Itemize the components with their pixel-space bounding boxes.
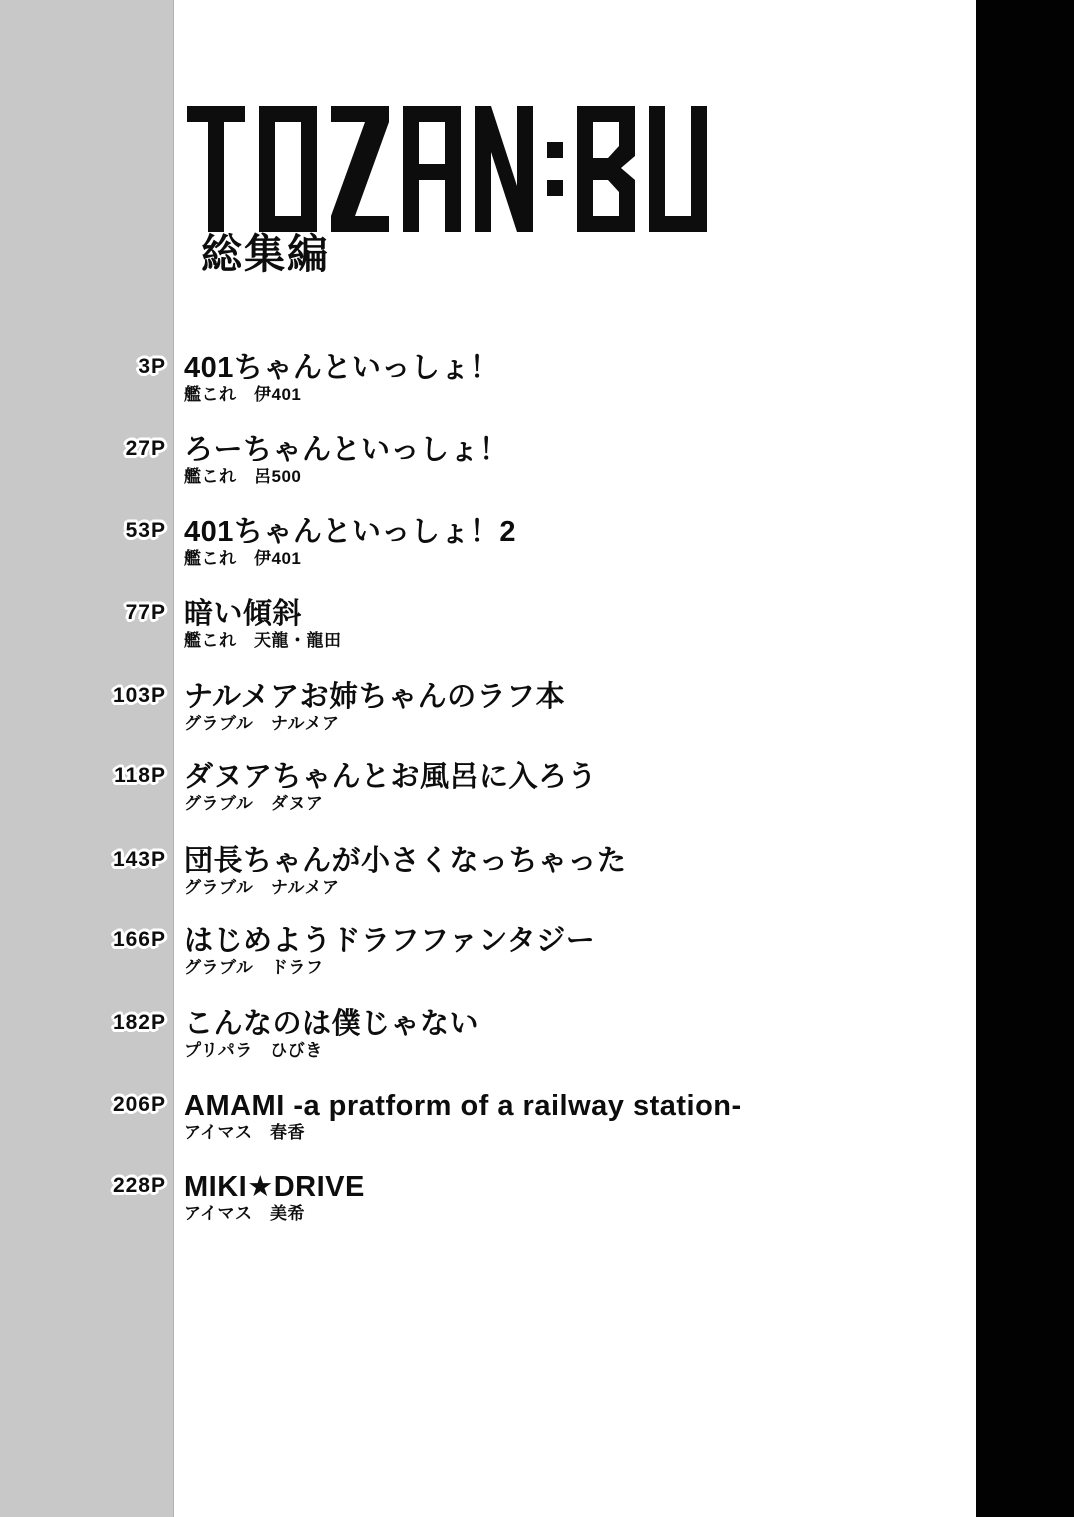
toc-entry: 166P はじめようドラフファンタジー グラブル ドラフ (0, 925, 1000, 978)
toc-page-number: 3P (0, 352, 174, 382)
toc-entry-text: 暗い傾斜 艦これ 天龍・龍田 (174, 598, 342, 651)
toc-entry: 182P こんなのは僕じゃない プリパラ ひびき (0, 1008, 1000, 1061)
toc-title: 401ちゃんといっしょ！2 (184, 516, 516, 548)
toc-entry: 77P 暗い傾斜 艦これ 天龍・龍田 (0, 598, 1000, 651)
toc-entry: 206P AMAMI -a pratform of a railway stat… (0, 1090, 1000, 1143)
toc-source: グラブル ドラフ (184, 958, 595, 978)
toc-source: 艦これ 伊401 (184, 549, 516, 569)
toc-entry: 118P ダヌアちゃんとお風呂に入ろう グラブル ダヌア (0, 761, 1000, 814)
toc-page-number: 182P (0, 1008, 174, 1038)
toc-source: アイマス 春香 (184, 1123, 742, 1143)
toc-source: 艦これ 天龍・龍田 (184, 631, 342, 651)
toc-title: 団長ちゃんが小さくなっちゃった (184, 845, 627, 877)
toc-title: AMAMI -a pratform of a railway station- (184, 1090, 742, 1122)
toc-entry-text: ダヌアちゃんとお風呂に入ろう グラブル ダヌア (174, 761, 597, 814)
toc-source: グラブル ナルメア (184, 878, 627, 898)
toc-source: プリパラ ひびき (184, 1041, 479, 1061)
toc-page-number: 77P (0, 598, 174, 628)
toc-source: 艦これ 呂500 (184, 467, 509, 487)
toc-entry-text: こんなのは僕じゃない プリパラ ひびき (174, 1008, 479, 1061)
toc-entry-text: ナルメアお姉ちゃんのラフ本 グラブル ナルメア (174, 681, 565, 734)
toc-title: MIKI★DRIVE (184, 1171, 365, 1203)
table-of-contents: 3P 401ちゃんといっしょ！ 艦これ 伊401 27P ろーちゃんといっしょ！… (0, 0, 1074, 1517)
toc-page-number: 143P (0, 845, 174, 875)
toc-title: ろーちゃんといっしょ！ (184, 434, 509, 466)
toc-title: こんなのは僕じゃない (184, 1008, 479, 1040)
toc-page-number: 166P (0, 925, 174, 955)
toc-page-number: 206P (0, 1090, 174, 1120)
toc-source: グラブル ナルメア (184, 714, 565, 734)
toc-title: はじめようドラフファンタジー (184, 925, 595, 957)
toc-entry: 53P 401ちゃんといっしょ！2 艦これ 伊401 (0, 516, 1000, 569)
toc-source: グラブル ダヌア (184, 794, 597, 814)
toc-entry-text: ろーちゃんといっしょ！ 艦これ 呂500 (174, 434, 509, 487)
toc-entry: 143P 団長ちゃんが小さくなっちゃった グラブル ナルメア (0, 845, 1000, 898)
toc-entry: 103P ナルメアお姉ちゃんのラフ本 グラブル ナルメア (0, 681, 1000, 734)
toc-page-number: 27P (0, 434, 174, 464)
toc-entry-text: はじめようドラフファンタジー グラブル ドラフ (174, 925, 595, 978)
toc-title: ナルメアお姉ちゃんのラフ本 (184, 681, 565, 713)
toc-page: 総集編 3P 401ちゃんといっしょ！ 艦これ 伊401 27P ろーちゃんとい… (0, 0, 1074, 1517)
toc-title: 401ちゃんといっしょ！ (184, 352, 499, 384)
toc-title: ダヌアちゃんとお風呂に入ろう (184, 761, 597, 793)
toc-source: 艦これ 伊401 (184, 385, 499, 405)
toc-entry-text: 団長ちゃんが小さくなっちゃった グラブル ナルメア (174, 845, 627, 898)
toc-entry-text: MIKI★DRIVE アイマス 美希 (174, 1171, 365, 1224)
toc-entry-text: 401ちゃんといっしょ！2 艦これ 伊401 (174, 516, 516, 569)
toc-page-number: 228P (0, 1171, 174, 1201)
toc-entry: 3P 401ちゃんといっしょ！ 艦これ 伊401 (0, 352, 1000, 405)
toc-source: アイマス 美希 (184, 1204, 365, 1224)
toc-page-number: 118P (0, 761, 174, 791)
toc-entry-text: AMAMI -a pratform of a railway station- … (174, 1090, 742, 1143)
toc-entry: 27P ろーちゃんといっしょ！ 艦これ 呂500 (0, 434, 1000, 487)
toc-page-number: 53P (0, 516, 174, 546)
toc-entry: 228P MIKI★DRIVE アイマス 美希 (0, 1171, 1000, 1224)
toc-page-number: 103P (0, 681, 174, 711)
toc-title: 暗い傾斜 (184, 598, 342, 630)
toc-entry-text: 401ちゃんといっしょ！ 艦これ 伊401 (174, 352, 499, 405)
